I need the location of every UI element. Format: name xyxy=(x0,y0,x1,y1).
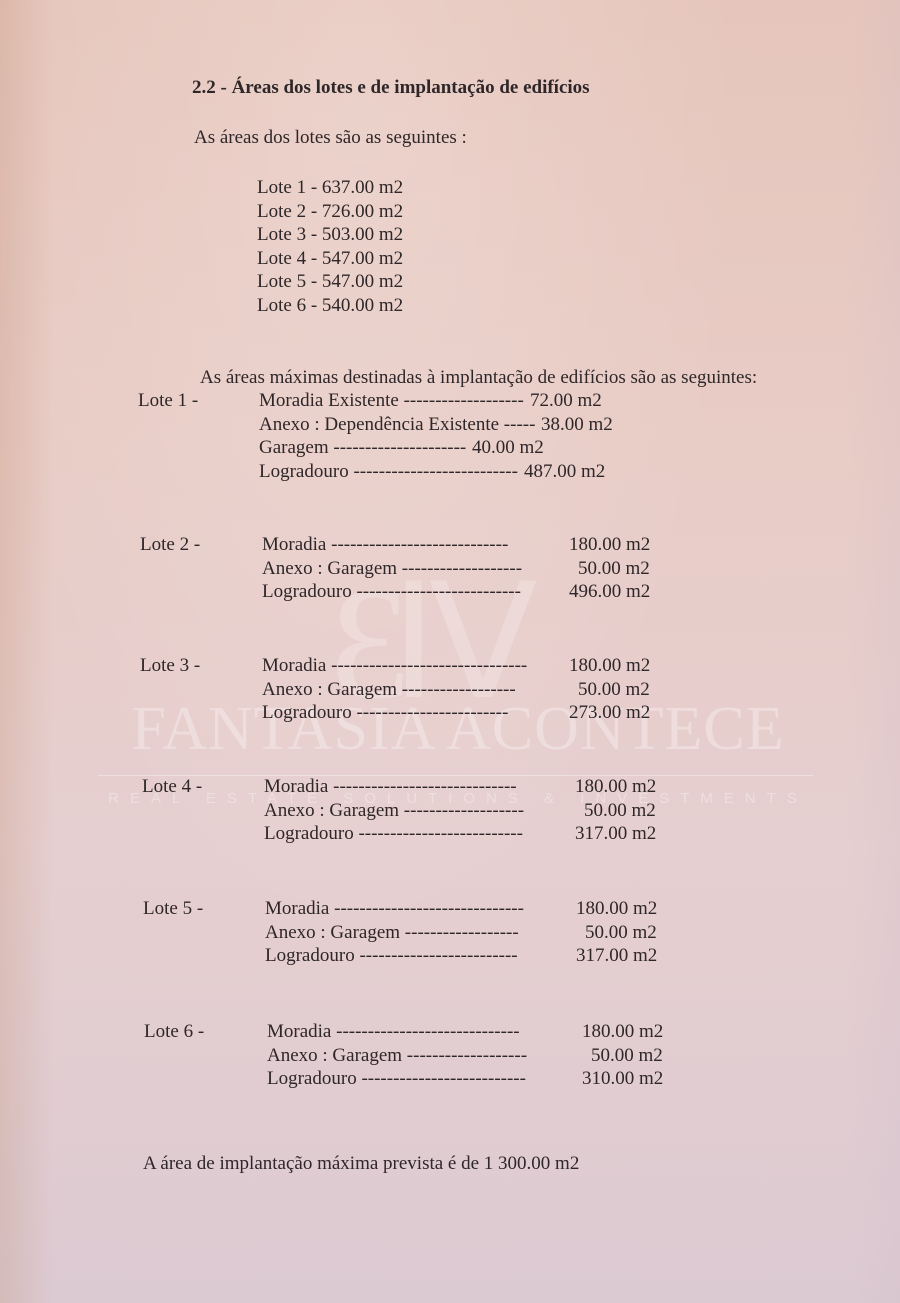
implantation-item-label: Logradouro -------------------------- xyxy=(259,461,518,483)
implantation-item-label: Garagem --------------------- xyxy=(259,437,466,459)
implantation-item-label: Logradouro ------------------------- xyxy=(265,945,518,967)
section-heading: 2.2 - Áreas dos lotes e de implantação d… xyxy=(192,77,590,99)
lot-area-item: Lote 6 - 540.00 m2 xyxy=(257,294,403,318)
implantation-intro: As áreas máximas destinadas à implantaçã… xyxy=(200,367,757,389)
implantation-item-label: Logradouro -------------------------- xyxy=(264,823,523,845)
implantation-item-value: 50.00 m2 xyxy=(584,800,656,822)
implantation-item-value: 317.00 m2 xyxy=(575,823,656,845)
implantation-item-value: 40.00 m2 xyxy=(472,437,544,459)
lote-label: Lote 3 - xyxy=(140,655,200,677)
implantation-item-label: Anexo : Garagem ------------------- xyxy=(264,800,524,822)
lot-area-list: Lote 1 - 637.00 m2Lote 2 - 726.00 m2Lote… xyxy=(257,176,403,317)
implantation-item-value: 487.00 m2 xyxy=(524,461,605,483)
implantation-item-label: Logradouro -------------------------- xyxy=(267,1068,526,1090)
lot-area-item: Lote 3 - 503.00 m2 xyxy=(257,223,403,247)
lot-area-item: Lote 2 - 726.00 m2 xyxy=(257,200,403,224)
lot-area-item: Lote 1 - 637.00 m2 xyxy=(257,176,403,200)
implantation-item-value: 273.00 m2 xyxy=(569,702,650,724)
implantation-item-label: Anexo : Garagem ------------------ xyxy=(265,922,519,944)
implantation-item-label: Anexo : Garagem ------------------- xyxy=(262,558,522,580)
implantation-item-value: 72.00 m2 xyxy=(530,390,602,412)
implantation-item-value: 50.00 m2 xyxy=(591,1045,663,1067)
implantation-item-label: Moradia ------------------------------- xyxy=(262,655,527,677)
implantation-item-value: 180.00 m2 xyxy=(569,534,650,556)
lote-label: Lote 6 - xyxy=(144,1021,204,1043)
implantation-item-value: 180.00 m2 xyxy=(575,776,656,798)
implantation-item-value: 180.00 m2 xyxy=(576,898,657,920)
implantation-item-value: 38.00 m2 xyxy=(541,414,613,436)
implantation-item-label: Anexo : Garagem ------------------- xyxy=(267,1045,527,1067)
implantation-item-value: 180.00 m2 xyxy=(582,1021,663,1043)
implantation-item-value: 310.00 m2 xyxy=(582,1068,663,1090)
implantation-item-label: Moradia ---------------------------- xyxy=(262,534,508,556)
lote-label: Lote 5 - xyxy=(143,898,203,920)
implantation-item-label: Moradia ----------------------------- xyxy=(264,776,517,798)
implantation-item-label: Moradia ----------------------------- xyxy=(267,1021,520,1043)
implantation-item-label: Anexo : Dependência Existente ----- xyxy=(259,414,535,436)
implantation-item-label: Logradouro ------------------------ xyxy=(262,702,508,724)
lote-label: Lote 2 - xyxy=(140,534,200,556)
lot-area-item: Lote 5 - 547.00 m2 xyxy=(257,270,403,294)
implantation-item-label: Anexo : Garagem ------------------ xyxy=(262,679,516,701)
implantation-item-value: 50.00 m2 xyxy=(578,558,650,580)
lot-area-item: Lote 4 - 547.00 m2 xyxy=(257,247,403,271)
implantation-item-value: 180.00 m2 xyxy=(569,655,650,677)
implantation-item-label: Moradia ------------------------------ xyxy=(265,898,524,920)
implantation-item-value: 496.00 m2 xyxy=(569,581,650,603)
lots-intro: As áreas dos lotes são as seguintes : xyxy=(194,127,467,149)
lote-label: Lote 4 - xyxy=(142,776,202,798)
implantation-item-label: Logradouro -------------------------- xyxy=(262,581,521,603)
lote-label: Lote 1 - xyxy=(138,390,198,412)
implantation-item-label: Moradia Existente ------------------- xyxy=(259,390,524,412)
implantation-item-value: 50.00 m2 xyxy=(578,679,650,701)
implantation-item-value: 317.00 m2 xyxy=(576,945,657,967)
total-implantation: A área de implantação máxima prevista é … xyxy=(143,1153,579,1175)
implantation-item-value: 50.00 m2 xyxy=(585,922,657,944)
